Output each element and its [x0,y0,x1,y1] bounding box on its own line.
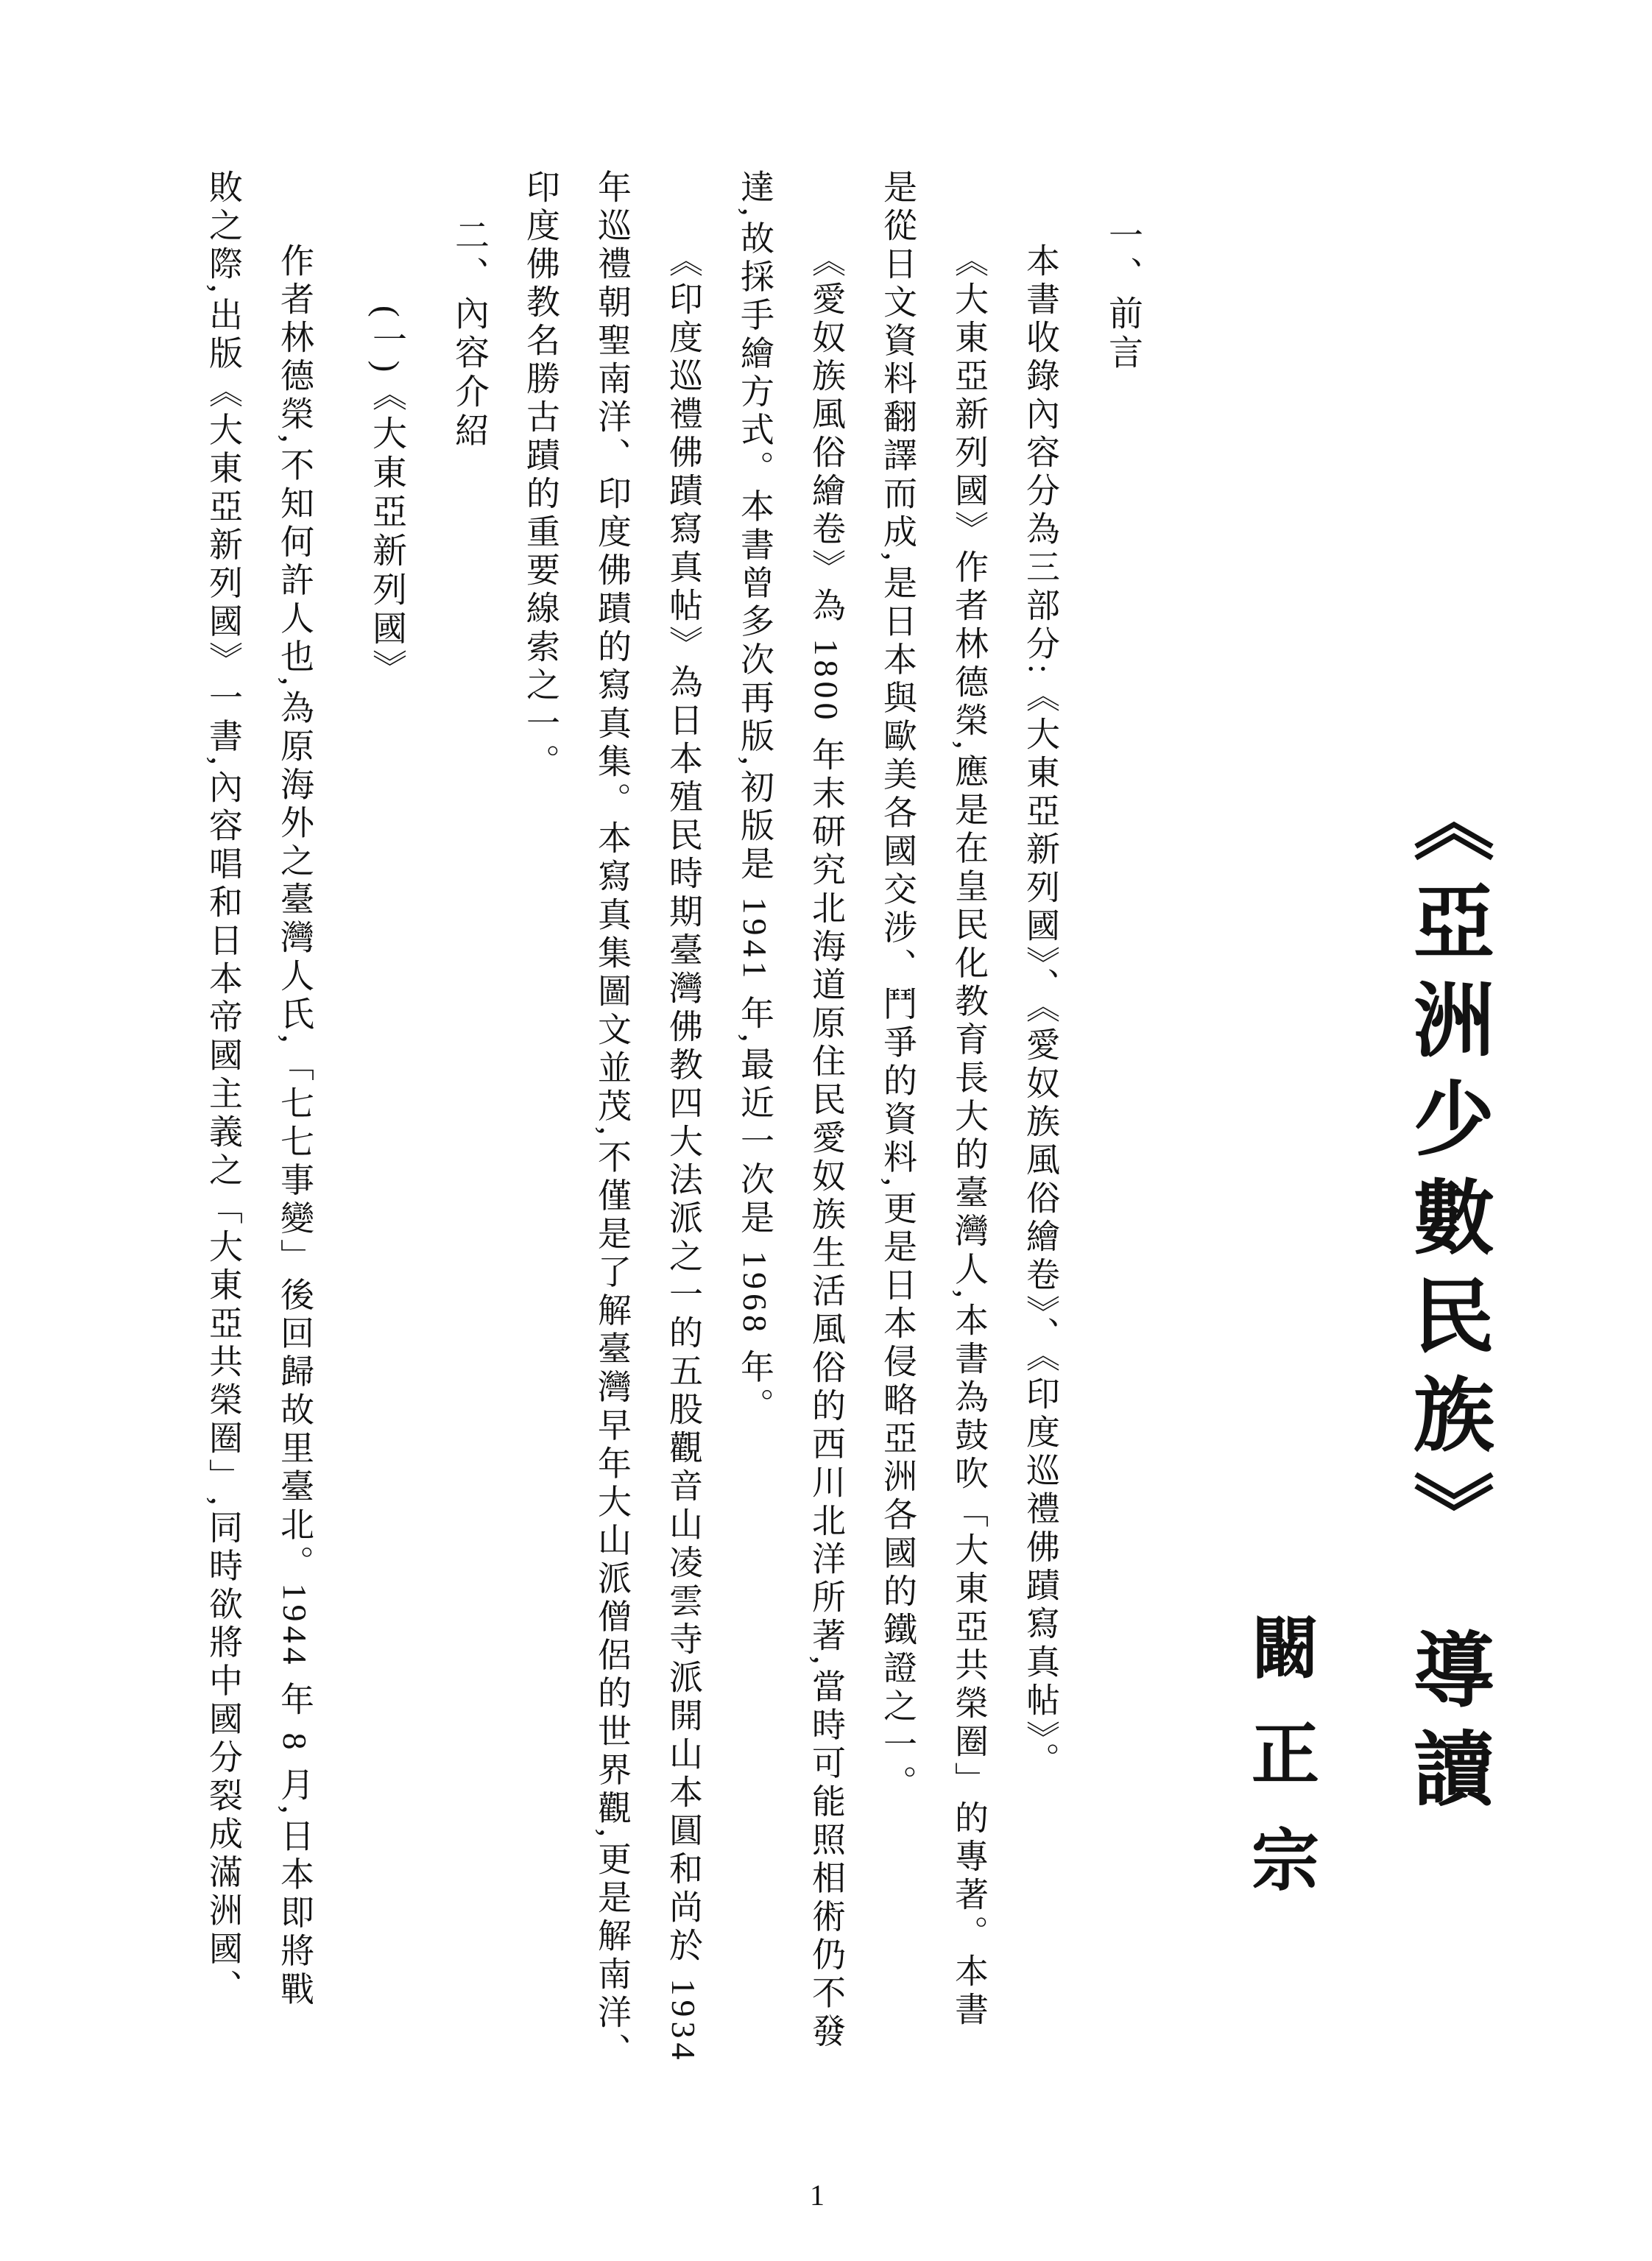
paragraph-column: 是從日文資料翻譯而成,是日本與歐美各國交涉、鬥爭的資料,更是日本侵略亞洲各國的鐵… [871,169,924,1803]
paragraph-column: 印度佛教名勝古蹟的重要線索之一。 [514,169,567,782]
paragraph-column: 作者林德榮,不知何許人也,為原海外之臺灣人氏,「七七事變」後回歸故里臺北。194… [268,243,321,2010]
section-subheading: (一)《大東亞新列國》 [360,306,413,688]
paragraph-column: 《大東亞新列國》作者林德榮,應是在皇民化教育長大的臺灣人,本書為鼓吹「大東亞共榮… [942,243,995,2030]
section-heading: 一、前言 [1096,217,1149,373]
paragraph-column: 《愛奴族風俗繪卷》為 1800 年末研究北海道原住民愛奴族生活風俗的西川北洋所著… [799,243,853,2052]
author-name: 闞正宗 [1238,1612,1321,1930]
paragraph-column: 本書收錄內容分為三部分:《大東亞新列國》、《愛奴族風俗繪卷》、《印度巡禮佛蹟寫真… [1014,243,1067,1780]
document-title: 《亞洲少數民族》 導讀 [1395,780,1498,1825]
paragraph-column: 敗之際,出版《大東亞新列國》一書,內容唱和日本帝國主義之「大東亞共榮圈」,同時欲… [197,169,250,2008]
paragraph-column: 《印度巡禮佛蹟寫真帖》為日本殖民時期臺灣佛教四大法派之一的五股觀音山凌雲寺派開山… [657,243,710,2064]
page-number: 1 [810,2178,825,2212]
paragraph-column: 達,故採手繪方式。本書曾多次再版,初版是 1941 年,最近一次是 1968 年… [728,169,781,1426]
section-heading: 二、內容介紹 [442,217,495,451]
paragraph-column: 年巡禮朝聖南洋、印度佛蹟的寫真集。本寫真集圖文並茂,不僅是了解臺灣早年大山派僧侶… [585,169,638,2071]
document-page: 《亞洲少數民族》 導讀 闞正宗 一、前言本書收錄內容分為三部分:《大東亞新列國》… [0,0,1652,2261]
